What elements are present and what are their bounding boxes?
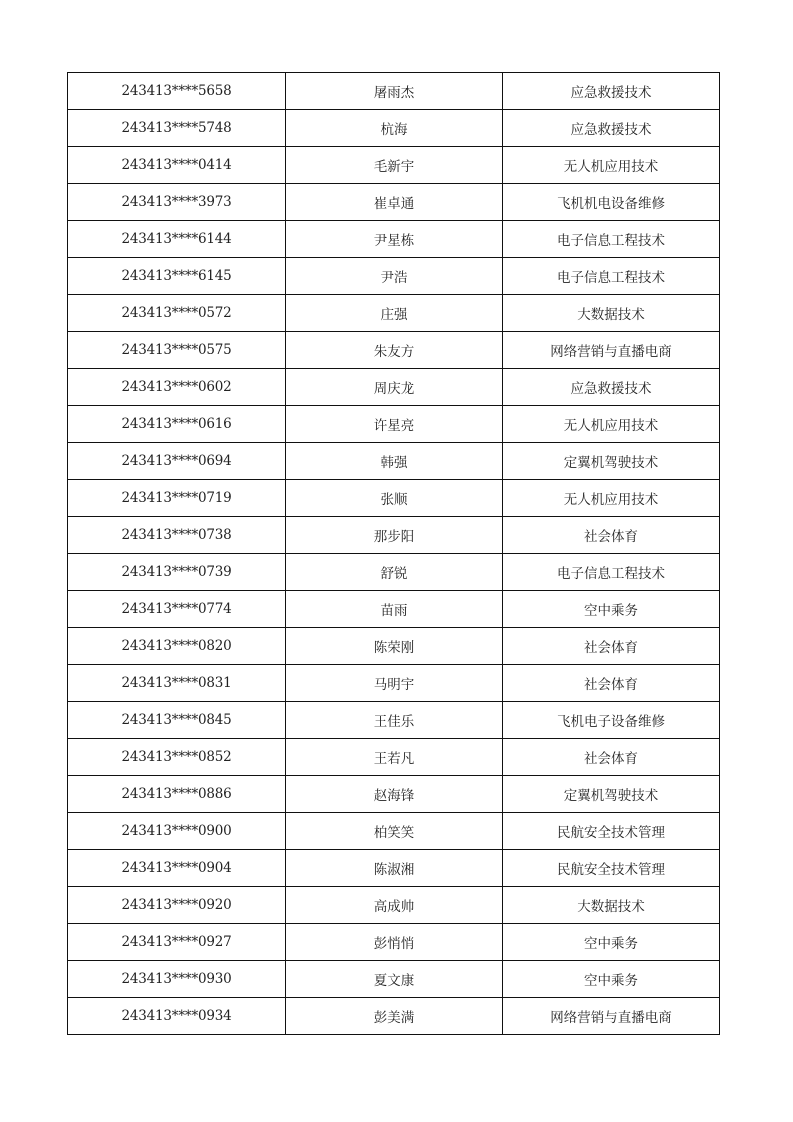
table-row: 243413****0886赵海锋定翼机驾驶技术 xyxy=(68,776,720,813)
major-cell: 定翼机驾驶技术 xyxy=(503,776,720,813)
student-name-cell: 尹浩 xyxy=(286,258,503,295)
table-row: 243413****5658屠雨杰应急救援技术 xyxy=(68,73,720,110)
student-id-cell: 243413****0738 xyxy=(68,517,286,554)
student-id-cell: 243413****0831 xyxy=(68,665,286,702)
student-id-cell: 243413****0694 xyxy=(68,443,286,480)
student-name-cell: 许星亮 xyxy=(286,406,503,443)
student-name-cell: 那步阳 xyxy=(286,517,503,554)
table-row: 243413****0934彭美满网络营销与直播电商 xyxy=(68,998,720,1035)
student-id-cell: 243413****0774 xyxy=(68,591,286,628)
student-id-cell: 243413****0886 xyxy=(68,776,286,813)
table-row: 243413****0852王若凡社会体育 xyxy=(68,739,720,776)
table-row: 243413****0572庄强大数据技术 xyxy=(68,295,720,332)
major-cell: 社会体育 xyxy=(503,739,720,776)
student-id-cell: 243413****5658 xyxy=(68,73,286,110)
student-name-cell: 赵海锋 xyxy=(286,776,503,813)
student-id-cell: 243413****0934 xyxy=(68,998,286,1035)
student-id-cell: 243413****0719 xyxy=(68,480,286,517)
student-id-cell: 243413****0845 xyxy=(68,702,286,739)
student-name-cell: 陈淑湘 xyxy=(286,850,503,887)
major-cell: 大数据技术 xyxy=(503,295,720,332)
major-cell: 应急救援技术 xyxy=(503,110,720,147)
student-roster-table: 243413****5658屠雨杰应急救援技术243413****5748杭海应… xyxy=(67,72,720,1035)
table-row: 243413****0739舒锐电子信息工程技术 xyxy=(68,554,720,591)
student-id-cell: 243413****0820 xyxy=(68,628,286,665)
table-row: 243413****0904陈淑湘民航安全技术管理 xyxy=(68,850,720,887)
student-name-cell: 高成帅 xyxy=(286,887,503,924)
table-row: 243413****0820陈荣刚社会体育 xyxy=(68,628,720,665)
student-id-cell: 243413****0920 xyxy=(68,887,286,924)
student-name-cell: 杭海 xyxy=(286,110,503,147)
student-name-cell: 彭悄悄 xyxy=(286,924,503,961)
student-name-cell: 王佳乐 xyxy=(286,702,503,739)
student-name-cell: 王若凡 xyxy=(286,739,503,776)
student-name-cell: 周庆龙 xyxy=(286,369,503,406)
student-id-cell: 243413****0739 xyxy=(68,554,286,591)
major-cell: 社会体育 xyxy=(503,628,720,665)
major-cell: 空中乘务 xyxy=(503,924,720,961)
major-cell: 网络营销与直播电商 xyxy=(503,332,720,369)
student-id-cell: 243413****0904 xyxy=(68,850,286,887)
student-id-cell: 243413****0602 xyxy=(68,369,286,406)
major-cell: 民航安全技术管理 xyxy=(503,813,720,850)
student-name-cell: 毛新宇 xyxy=(286,147,503,184)
major-cell: 网络营销与直播电商 xyxy=(503,998,720,1035)
student-name-cell: 夏文康 xyxy=(286,961,503,998)
student-id-cell: 243413****6145 xyxy=(68,258,286,295)
major-cell: 大数据技术 xyxy=(503,887,720,924)
student-id-cell: 243413****0572 xyxy=(68,295,286,332)
student-name-cell: 柏笑笑 xyxy=(286,813,503,850)
table-row: 243413****0602周庆龙应急救援技术 xyxy=(68,369,720,406)
major-cell: 无人机应用技术 xyxy=(503,406,720,443)
student-id-cell: 243413****0852 xyxy=(68,739,286,776)
major-cell: 无人机应用技术 xyxy=(503,480,720,517)
table-row: 243413****6144尹星栋电子信息工程技术 xyxy=(68,221,720,258)
student-name-cell: 崔卓通 xyxy=(286,184,503,221)
student-name-cell: 张顺 xyxy=(286,480,503,517)
student-id-cell: 243413****0900 xyxy=(68,813,286,850)
student-name-cell: 马明宇 xyxy=(286,665,503,702)
student-name-cell: 彭美满 xyxy=(286,998,503,1035)
student-name-cell: 舒锐 xyxy=(286,554,503,591)
student-id-cell: 243413****0930 xyxy=(68,961,286,998)
major-cell: 电子信息工程技术 xyxy=(503,554,720,591)
student-id-cell: 243413****0616 xyxy=(68,406,286,443)
student-id-cell: 243413****3973 xyxy=(68,184,286,221)
major-cell: 社会体育 xyxy=(503,517,720,554)
student-name-cell: 苗雨 xyxy=(286,591,503,628)
student-id-cell: 243413****0927 xyxy=(68,924,286,961)
table-row: 243413****0930夏文康空中乘务 xyxy=(68,961,720,998)
student-id-cell: 243413****5748 xyxy=(68,110,286,147)
table-row: 243413****0831马明宇社会体育 xyxy=(68,665,720,702)
student-name-cell: 陈荣刚 xyxy=(286,628,503,665)
student-id-cell: 243413****0414 xyxy=(68,147,286,184)
major-cell: 飞机电子设备维修 xyxy=(503,702,720,739)
table-row: 243413****0719张顺无人机应用技术 xyxy=(68,480,720,517)
roster-body: 243413****5658屠雨杰应急救援技术243413****5748杭海应… xyxy=(68,73,720,1035)
table-row: 243413****0575朱友方网络营销与直播电商 xyxy=(68,332,720,369)
student-name-cell: 尹星栋 xyxy=(286,221,503,258)
major-cell: 民航安全技术管理 xyxy=(503,850,720,887)
major-cell: 社会体育 xyxy=(503,665,720,702)
table-row: 243413****0694韩强定翼机驾驶技术 xyxy=(68,443,720,480)
student-name-cell: 朱友方 xyxy=(286,332,503,369)
major-cell: 飞机机电设备维修 xyxy=(503,184,720,221)
major-cell: 电子信息工程技术 xyxy=(503,221,720,258)
table-row: 243413****0927彭悄悄空中乘务 xyxy=(68,924,720,961)
table-row: 243413****5748杭海应急救援技术 xyxy=(68,110,720,147)
major-cell: 空中乘务 xyxy=(503,591,720,628)
student-id-cell: 243413****6144 xyxy=(68,221,286,258)
major-cell: 无人机应用技术 xyxy=(503,147,720,184)
table-row: 243413****6145尹浩电子信息工程技术 xyxy=(68,258,720,295)
major-cell: 应急救援技术 xyxy=(503,73,720,110)
table-row: 243413****0900柏笑笑民航安全技术管理 xyxy=(68,813,720,850)
major-cell: 定翼机驾驶技术 xyxy=(503,443,720,480)
table-row: 243413****0774苗雨空中乘务 xyxy=(68,591,720,628)
table-row: 243413****0616许星亮无人机应用技术 xyxy=(68,406,720,443)
table-row: 243413****3973崔卓通飞机机电设备维修 xyxy=(68,184,720,221)
table-row: 243413****0920高成帅大数据技术 xyxy=(68,887,720,924)
table-row: 243413****0414毛新宇无人机应用技术 xyxy=(68,147,720,184)
major-cell: 空中乘务 xyxy=(503,961,720,998)
student-name-cell: 庄强 xyxy=(286,295,503,332)
table-row: 243413****0845王佳乐飞机电子设备维修 xyxy=(68,702,720,739)
major-cell: 应急救援技术 xyxy=(503,369,720,406)
major-cell: 电子信息工程技术 xyxy=(503,258,720,295)
student-name-cell: 屠雨杰 xyxy=(286,73,503,110)
student-id-cell: 243413****0575 xyxy=(68,332,286,369)
table-row: 243413****0738那步阳社会体育 xyxy=(68,517,720,554)
student-name-cell: 韩强 xyxy=(286,443,503,480)
